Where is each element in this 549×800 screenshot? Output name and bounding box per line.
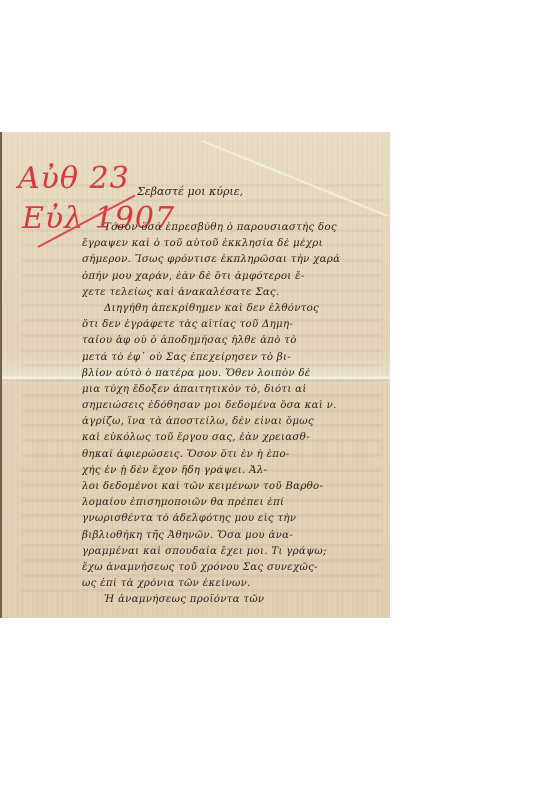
- letter-line: ως ἐπὶ τὰ χρόνια τῶν ἐκείνων.: [82, 578, 382, 594]
- letter-line: γραμμέναι καὶ σπουδαία ἔχει μοι. Τι γράψ…: [82, 546, 382, 562]
- letter-body: Τόσον ὅσά ἐπρεσβύθη ὁ παρουσιαστής δοςἔγ…: [82, 222, 382, 611]
- letter-line: σημειώσεις ἐδόθησαν μοι δεδομένα ὅσα καὶ…: [82, 400, 382, 416]
- letter-line: ὀπήν μου χαράν, ἐὰν δὲ ὅτι ἀμφότεροι ἔ-: [82, 271, 382, 287]
- letter-line: βιβλιοθήκη τῆς Ἀθηνῶν. Ὅσα μου ἀνα-: [82, 530, 382, 546]
- red-annotation-number: Αὐθ 23: [18, 164, 130, 194]
- letter-line: ἔγραψεν καὶ ὁ τοῦ αὐτοῦ ἐκκλησία δὲ μέχρ…: [82, 238, 382, 254]
- letter-line: χής ἐν ᾗ δὲν ἔχον ἤδη γράψει. Ἀλ-: [82, 465, 382, 481]
- letter-line: ἔχω ἀναμνήσεως τοῦ χρόνου Σας συνεχῶς-: [82, 562, 382, 578]
- letter-line: θηκαί ἀφιερώσεις. Ὅσον ὅτι ἐν ἡ ἐπο-: [82, 449, 382, 465]
- letter-line: μια τύχη ἔδοξεν ἀπαιτητικὸν τὸ, διότι αἱ: [82, 384, 382, 400]
- letter-line: Διηγήθη ἀπεκρίθημεν καὶ δεν ἐλθόντος: [82, 303, 382, 319]
- letter-line: γνωρισθέντα τὸ ἀδελφότης μου εἰς τὴν: [82, 513, 382, 529]
- letter-line: λομαίου ἐπισημοποιῶν θα πρέπει ἐπί: [82, 497, 382, 513]
- letter-line: βλίον αὐτὸ ὁ πατέρα μου. Ὅθεν λοιπὸν δὲ: [82, 368, 382, 384]
- letter-line: σήμερον. Ἴσως φρόντισε ἐκπληρῶσαι τὴν χα…: [82, 254, 382, 270]
- letter-line: λοι δεδομένοι καὶ τῶν κειμένων τοῦ Βαρθο…: [82, 481, 382, 497]
- letter-page: Αὐθ 23 Εὐλ 1907 Σεβαστέ μοι κύριε, Τόσον…: [0, 132, 390, 618]
- letter-line: ὅτι δεν ἐγράφετε τὰς αἰτίας τοῦ Δημη-: [82, 319, 382, 335]
- letter-line: ἀγρίζω, ἵνα τὰ ἀποστείλω, δὲν εἶναι ὅμως: [82, 416, 382, 432]
- letter-line: μετά τὸ ἐφ᾽ οὗ Σας ἐπεχείρησεν τὸ βι-: [82, 352, 382, 368]
- letter-line: ταίου ἀφ οὗ ὁ ἀποδημήσας ἦλθε ἀπὸ τὸ: [82, 335, 382, 351]
- letter-line: καὶ εὐκόλως τοῦ ἔργου σας, ἐὰν χρειασθ-: [82, 432, 382, 448]
- letter-line: Τόσον ὅσά ἐπρεσβύθη ὁ παρουσιαστής δος: [82, 222, 382, 238]
- letter-line: χετε τελείως καὶ ἀνακαλέσατε Σας.: [82, 287, 382, 303]
- letter-line: Ἡ ἀναμνήσεως προϊόντα τῶν: [82, 594, 382, 610]
- letter-salutation: Σεβαστέ μοι κύριε,: [137, 185, 243, 198]
